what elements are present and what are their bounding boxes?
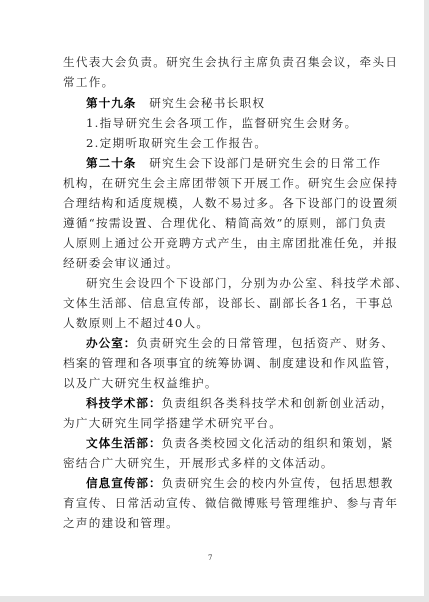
text-line: 研究生会设四个下设部门，分别为办公室、科技学术部、	[86, 276, 382, 290]
text-line: 遵循“按需设置、合理优化、精简高效”的原则，部门负责	[63, 216, 359, 230]
text-line: 常工作。	[63, 75, 359, 89]
text-line: 生代表大会负责。研究生会执行主席负责召集会议，牵头日	[63, 55, 359, 69]
text-line: 2.定期听取研究生会工作报告。	[86, 136, 382, 150]
article-text: 研究生会下设部门是研究生会的日常工作	[136, 156, 381, 170]
department-name: 办公室：	[86, 336, 136, 350]
text-line: 经研委会审议通过。	[63, 256, 359, 270]
department-name: 文体生活部：	[86, 436, 162, 450]
department-heading: 办公室：负责研究生会的日常管理，包括资产、财务、	[86, 336, 382, 350]
article-number: 第十九条	[86, 96, 136, 110]
department-name: 科技学术部：	[86, 396, 162, 410]
department-desc: 负责研究生会的日常管理，包括资产、财务、	[136, 336, 394, 350]
document-page: 生代表大会负责。研究生会执行主席负责召集会议，牵头日 常工作。 第十九条 研究生…	[0, 0, 424, 596]
article-number: 第二十条	[86, 156, 136, 170]
department-name: 信息宣传部：	[86, 476, 162, 490]
department-desc: 负责各类校园文化活动的组织和策划，紧	[162, 436, 394, 450]
text-line: 人原则上通过公开竞聘方式产生，由主席团批准任免，并报	[63, 236, 359, 250]
text-line: 人数原则上不超过40人。	[63, 316, 359, 330]
text-line: 合理结构和适度规模，人数不易过多。各下设部门的设置须	[63, 196, 359, 210]
text-line: 文体生活部、信息宣传部，设部长、副部长各1名，干事总	[63, 296, 359, 310]
page-number: 7	[208, 554, 212, 562]
text-line: 以及广大研究生权益维护。	[63, 376, 359, 390]
text-line: 之声的建设和管理。	[63, 516, 359, 530]
text-line: 档案的管理和各项事宜的统筹协调、制度建设和作风监管，	[63, 356, 359, 370]
department-heading: 科技学术部：负责组织各类科技学术和创新创业活动，	[86, 396, 382, 410]
department-desc: 负责研究生会的校内外宣传，包括思想教	[162, 476, 394, 490]
department-heading: 文体生活部：负责各类校园文化活动的组织和策划，紧	[86, 436, 382, 450]
text-line: 1.指导研究生会各项工作，监督研究生会财务。	[86, 116, 382, 130]
department-heading: 信息宣传部：负责研究生会的校内外宣传，包括思想教	[86, 476, 382, 490]
text-line: 为广大研究生同学搭建学术研究平台。	[63, 416, 359, 430]
article-heading: 第二十条 研究生会下设部门是研究生会的日常工作	[86, 156, 382, 170]
article-title: 研究生会秘书长职权	[136, 96, 265, 110]
text-line: 密结合广大研究生，开展形式多样的文体活动。	[63, 456, 359, 470]
article-heading: 第十九条 研究生会秘书长职权	[86, 96, 382, 110]
department-desc: 负责组织各类科技学术和创新创业活动，	[162, 396, 394, 410]
text-line: 机构，在研究生会主席团带领下开展工作。研究生会应保持	[63, 176, 359, 190]
text-line: 育宣传、日常活动宣传、微信微博账号管理维护、参与青年	[63, 496, 359, 510]
